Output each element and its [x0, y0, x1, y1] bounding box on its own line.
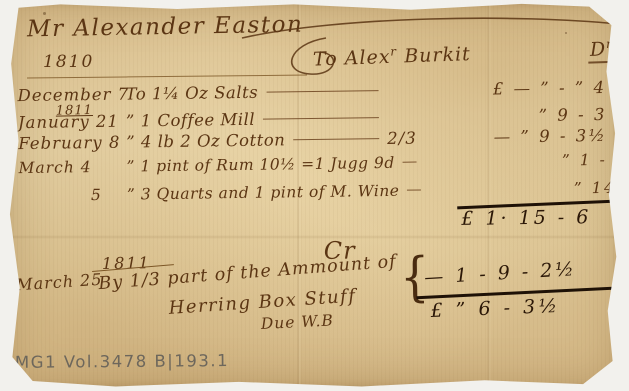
entry-date: 5 [19, 186, 127, 206]
entry-description: ” 1 Coffee Mill [126, 110, 255, 131]
entry-rate [387, 122, 429, 123]
entry-amount: — ” 9 - 3½ [429, 126, 611, 148]
debit-entries: December 7 To 1¼ Oz Salts £ — ” - ” 4 18… [2, 0, 622, 391]
entry-amount: ” 1 - 7½ [467, 150, 629, 171]
entry-amount: ” 9 - 3 [429, 105, 611, 127]
entry-rate [387, 95, 429, 96]
leader-line [266, 90, 378, 93]
credit-date: March 25 [16, 270, 103, 295]
entry-description: To 1¼ Oz Salts [125, 83, 258, 104]
archive-reference: MG1 Vol.3478 B|193.1 [15, 351, 229, 372]
entry-rate [425, 167, 467, 168]
entry-amount: £ — ” - ” 4 [428, 78, 610, 100]
receipt-paper: Mr Alexander Easton 1810 To Alexr Burkit… [5, 2, 620, 388]
entry-date: December 7 [17, 85, 125, 106]
credit-signoff: Due W.B [260, 311, 334, 333]
credit-amount: — 1 - 9 - 2½ [424, 258, 578, 289]
entry-date: January 21 [18, 112, 126, 133]
entry-amount: ” 14 - ” [471, 178, 629, 199]
entry-date: March 4 [18, 158, 126, 178]
balance-due: £ ” 6 - 3½ [430, 295, 561, 322]
entry-description: ” 1 pint of Rum 10½ =1 Jugg 9d [126, 154, 394, 176]
leader-line [403, 162, 417, 163]
leader-line [407, 189, 421, 190]
entry-date: February 8 [18, 133, 126, 154]
entry-rate [429, 195, 471, 196]
entry-rate: 2/3 [387, 128, 429, 148]
entry-description: ” 3 Quarts and 1 pint of M. Wine [127, 182, 400, 204]
scanned-receipt: Mr Alexander Easton 1810 To Alexr Burkit… [0, 0, 629, 391]
entry-description: ” 4 lb 2 Oz Cotton [126, 130, 285, 151]
leader-line [263, 117, 379, 120]
leader-line [293, 138, 379, 140]
debit-total: £ 1· 15 - 6 [461, 206, 591, 230]
